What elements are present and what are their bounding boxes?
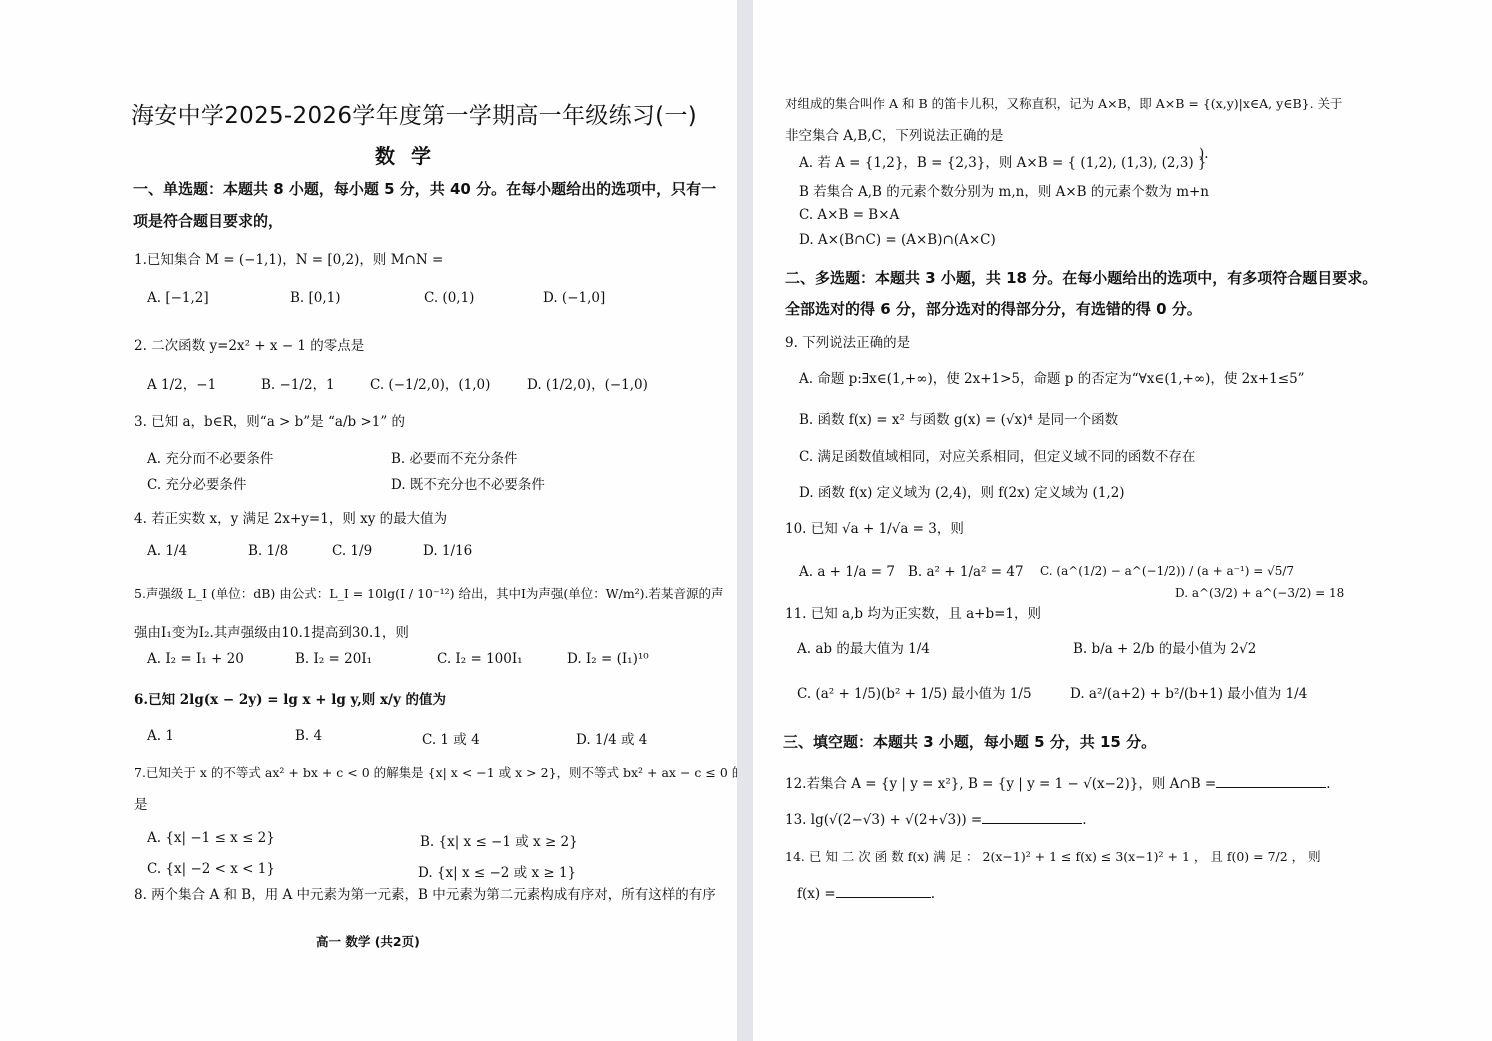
question-7-option-a: A. {x| −1 ≤ x ≤ 2}	[147, 830, 275, 846]
question-2-option-b: B. −1/2，1	[261, 373, 335, 393]
question-10-option-b: B. a² + 1/a² = 47	[908, 564, 1024, 580]
question-7-option-c: C. {x| −2 < x < 1}	[147, 861, 275, 877]
question-5-option-a: A. I₂ = I₁ + 20	[147, 651, 244, 667]
question-1-stem: 1.已知集合 M = (−1,1)，N = [0,2)，则 M∩N =	[134, 248, 443, 268]
question-8-option-c: C. A×B = B×A	[799, 207, 899, 223]
question-7-stem: 7.已知关于 x 的不等式 ax² + bx + c < 0 的解集是 {x| …	[134, 763, 769, 781]
question-13-stem: 13. lg(√(2−√3) + √(2+√3)) =.	[785, 810, 1087, 828]
question-9-option-a: A. 命题 p:∃x∈(1,+∞)，使 2x+1>5，命题 p 的否定为“∀x∈…	[799, 367, 1305, 387]
question-11-option-b: B. b/a + 2/b 的最小值为 2√2	[1073, 637, 1256, 657]
question-11-option-d: D. a²/(a+2) + b²/(b+1) 最小值为 1/4	[1070, 682, 1307, 702]
question-14-stem-cont: f(x) =.	[797, 884, 935, 902]
section-2-heading-cont: 全部选对的得 6 分，部分选对的得部分分，有选错的得 0 分。	[785, 298, 1202, 319]
question-14-stem: 14. 已 知 二 次 函 数 f(x) 满 足 ： 2(x−1)² + 1 ≤…	[785, 847, 1321, 865]
question-4-option-b: B. 1/8	[248, 543, 288, 559]
question-1-option-c: C. (0,1)	[424, 290, 474, 306]
question-4-option-c: C. 1/9	[332, 543, 372, 559]
page-1: 海安中学2025-2026学年度第一学期高一年级练习(一) 数学 一、单选题：本…	[0, 0, 737, 1041]
question-7-option-d: D. {x| x ≤ −2 或 x ≥ 1}	[418, 861, 576, 881]
question-9-stem: 9. 下列说法正确的是	[785, 331, 910, 351]
question-5-option-d: D. I₂ = (I₁)¹⁰	[567, 651, 649, 667]
exam-title: 海安中学2025-2026学年度第一学期高一年级练习(一)	[131, 97, 697, 130]
section-1-heading-cont: 项是符合题目要求的，	[133, 210, 283, 231]
question-10-option-a: A. a + 1/a = 7	[799, 564, 895, 580]
page-gutter	[737, 0, 753, 1041]
question-6-option-d: D. 1/4 或 4	[576, 728, 647, 748]
question-11-option-c: C. (a² + 1/5)(b² + 1/5) 最小值为 1/5	[797, 682, 1032, 702]
question-5-option-c: C. I₂ = 100I₁	[437, 651, 523, 667]
question-1-option-d: D. (−1,0]	[543, 290, 605, 306]
question-3-option-b: B. 必要而不充分条件	[391, 447, 518, 467]
question-8-option-a: A. 若 A = {1,2}，B = {2,3}，则 A×B = { (1,2)…	[799, 151, 1206, 171]
question-10-option-c: C. (a^(1/2) − a^(−1/2)) / (a + a⁻¹) = √5…	[1040, 564, 1294, 578]
question-6-option-b: B. 4	[295, 728, 322, 744]
question-8-stem: 8. 两个集合 A 和 B，用 A 中元素为第一元素，B 中元素为第二元素构成有…	[134, 883, 716, 903]
question-6-option-a: A. 1	[147, 728, 174, 744]
question-10-stem: 10. 已知 √a + 1/√a = 3，则	[785, 517, 964, 537]
question-12-text: 12.若集合 A = {y | y = x²}, B = {y | y = 1 …	[785, 776, 1216, 792]
question-5-stem-cont: 强由I₁变为I₂.其声强级由10.1提高到30.1，则	[134, 621, 409, 641]
question-3-option-d: D. 既不充分也不必要条件	[391, 473, 545, 493]
stray-mark: ).	[1199, 146, 1209, 162]
question-9-option-c: C. 满足函数值域相同，对应关系相同，但定义域不同的函数不存在	[799, 445, 1195, 465]
question-13-end: .	[1082, 812, 1086, 828]
question-8-option-b: B 若集合 A,B 的元素个数分别为 m,n，则 A×B 的元素个数为 m+n	[799, 180, 1209, 200]
question-4-stem: 4. 若正实数 x，y 满足 2x+y=1，则 xy 的最大值为	[134, 507, 447, 527]
question-9-option-d: D. 函数 f(x) 定义域为 (2,4)，则 f(2x) 定义域为 (1,2)	[799, 481, 1125, 501]
question-3-stem: 3. 已知 a，b∈R，则“a > b”是 “a/b >1” 的	[134, 410, 405, 430]
question-7-option-b: B. {x| x ≤ −1 或 x ≥ 2}	[420, 830, 578, 850]
question-12-answer-blank[interactable]	[1216, 774, 1326, 788]
page-footer: 高一 数学 (共2页)	[316, 932, 420, 950]
question-6-option-c: C. 1 或 4	[422, 728, 480, 748]
question-1-option-b: B. [0,1)	[290, 290, 341, 306]
question-14-text: f(x) =	[797, 886, 836, 902]
question-3-option-c: C. 充分必要条件	[147, 473, 246, 493]
question-1-option-a: A. [−1,2]	[147, 290, 209, 306]
question-11-option-a: A. ab 的最大值为 1/4	[797, 637, 930, 657]
question-13-answer-blank[interactable]	[982, 810, 1082, 824]
question-2-option-c: C. (−1/2,0)，(1,0)	[370, 373, 490, 393]
question-4-option-a: A. 1/4	[147, 543, 187, 559]
page-2: 对组成的集合叫作 A 和 B 的笛卡儿积，又称直积，记为 A×B，即 A×B =…	[753, 0, 1492, 1041]
question-3-option-a: A. 充分而不必要条件	[147, 447, 273, 467]
question-14-end: .	[931, 886, 935, 902]
question-2-stem: 2. 二次函数 y=2x² + x − 1 的零点是	[134, 334, 364, 354]
question-8-stem-cont: 对组成的集合叫作 A 和 B 的笛卡儿积，又称直积，记为 A×B，即 A×B =…	[785, 94, 1343, 112]
question-9-option-b: B. 函数 f(x) = x² 与函数 g(x) = (√x)⁴ 是同一个函数	[799, 408, 1118, 428]
section-2-heading: 二、多选题：本题共 3 小题，共 18 分。在每小题给出的选项中，有多项符合题目…	[785, 267, 1377, 288]
question-11-stem: 11. 已知 a,b 均为正实数，且 a+b=1，则	[785, 602, 1041, 622]
question-6-stem: 6.已知 2lg(x − 2y) = lg x + lg y,则 x/y 的值为	[134, 688, 446, 708]
question-12-end: .	[1326, 776, 1330, 792]
question-14-answer-blank[interactable]	[836, 884, 931, 898]
question-2-option-d: D. (1/2,0)，(−1,0)	[527, 373, 648, 393]
question-5-option-b: B. I₂ = 20I₁	[295, 651, 372, 667]
question-5-stem: 5.声强级 L_I (单位：dB) 由公式：L_I = 10lg(I / 10⁻…	[134, 584, 724, 602]
question-13-text: 13. lg(√(2−√3) + √(2+√3)) =	[785, 812, 982, 828]
question-8-option-d: D. A×(B∩C) = (A×B)∩(A×C)	[799, 232, 996, 248]
question-4-option-d: D. 1/16	[423, 543, 472, 559]
section-3-heading: 三、填空题：本题共 3 小题，每小题 5 分，共 15 分。	[783, 731, 1156, 752]
question-10-option-d: D. a^(3/2) + a^(−3/2) = 18	[1175, 586, 1344, 600]
question-8-stem-cont-2: 非空集合 A,B,C，下列说法正确的是	[785, 124, 1003, 144]
section-1-heading: 一、单选题：本题共 8 小题，每小题 5 分，共 40 分。在每小题给出的选项中…	[133, 178, 716, 199]
question-12-stem: 12.若集合 A = {y | y = x²}, B = {y | y = 1 …	[785, 772, 1331, 792]
question-7-stem-cont: 是	[134, 793, 148, 813]
question-2-option-a: A 1/2，−1	[147, 373, 216, 393]
subject-heading: 数学	[375, 140, 447, 169]
